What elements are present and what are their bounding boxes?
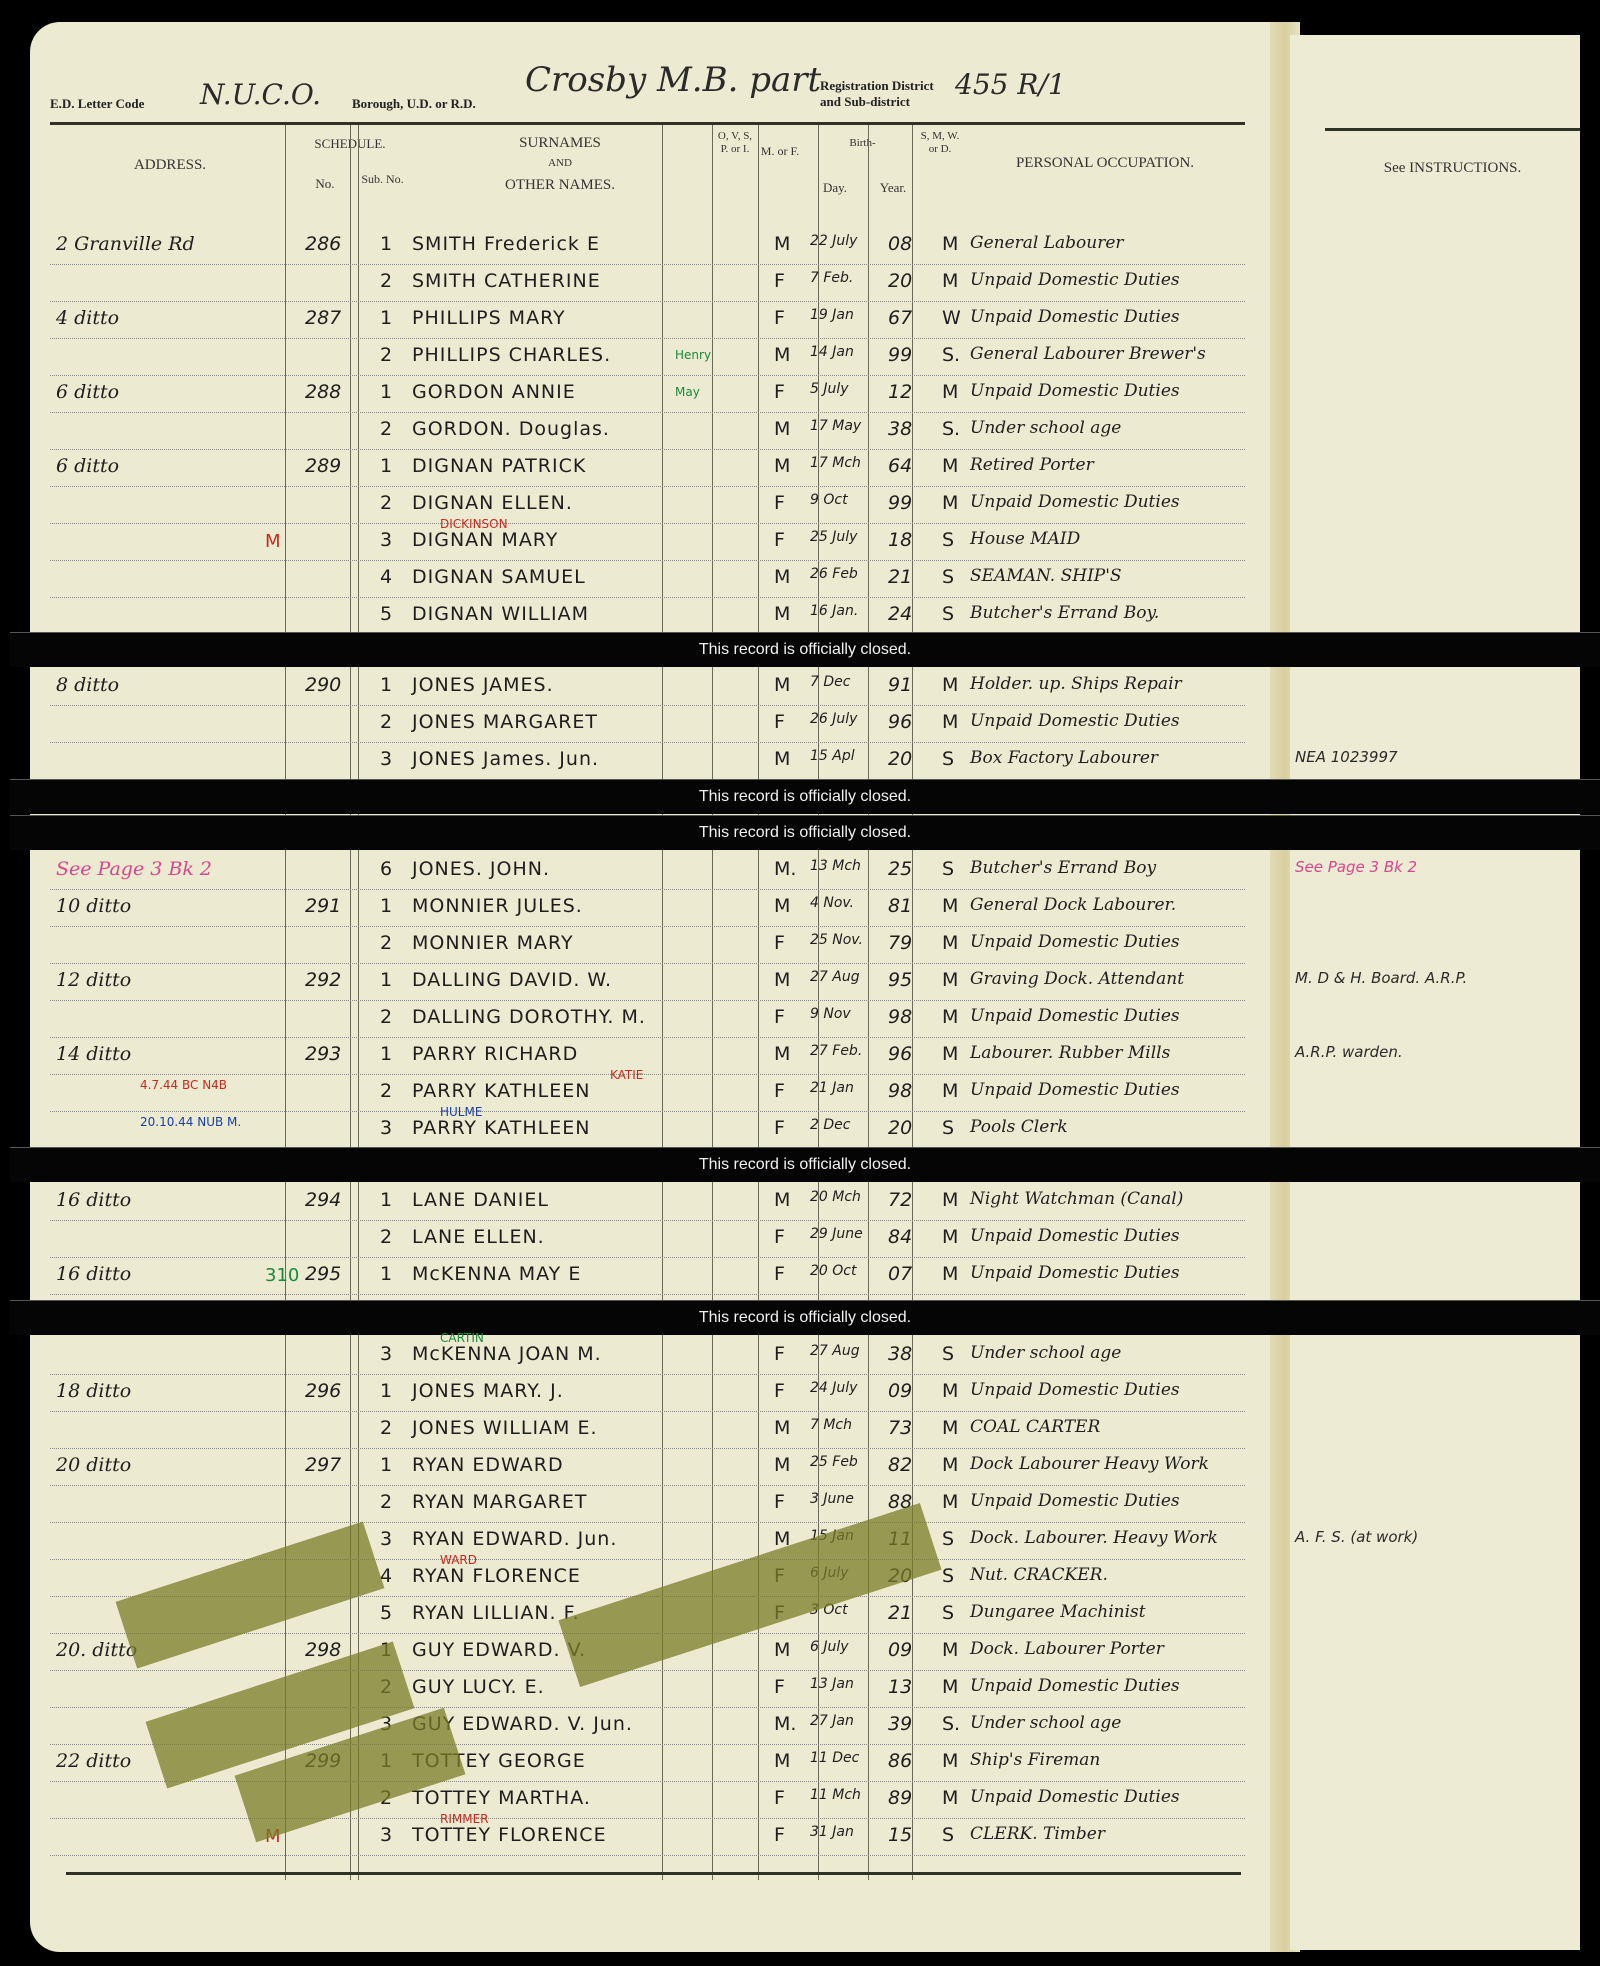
cell-no: 293	[305, 1043, 365, 1065]
cell-msw: S	[942, 748, 954, 770]
cell-occupation: General Dock Labourer.	[970, 895, 1176, 915]
cell-msw: S	[942, 603, 954, 625]
cell-name: McKENNA JOAN M.	[412, 1343, 712, 1365]
cell-name: GORDON. Douglas.	[412, 418, 712, 440]
cell-name: TOTTEY FLORENCE	[412, 1824, 712, 1846]
cell-name: JONES JAMES.	[412, 674, 712, 696]
cell-no: 290	[305, 674, 365, 696]
census-page-right	[1290, 35, 1580, 1950]
cell-msw: S.	[942, 1713, 960, 1735]
table-row: 6 ditto2891DIGNAN PATRICKM17 Mch64MRetir…	[50, 449, 1245, 487]
table-row: 4 ditto2871PHILLIPS MARYF19 Jan67WUnpaid…	[50, 301, 1245, 339]
cell-year: 79	[888, 932, 912, 954]
cell-sex: M	[774, 418, 790, 440]
cell-day: 11 Mch	[810, 1787, 861, 1803]
table-row: 3DIGNAN MARYF25 July18SHouse MAIDDICKINS…	[50, 523, 1245, 561]
cell-sub: 3	[380, 1117, 410, 1139]
cell-sex: F	[774, 492, 785, 514]
cell-occupation: House MAID	[970, 529, 1080, 549]
cell-msw: M	[942, 1080, 958, 1102]
cell-name: RYAN EDWARD. Jun.	[412, 1528, 712, 1550]
name-correction-annotation: CARTIN	[440, 1331, 484, 1345]
cell-day: 26 July	[810, 711, 857, 727]
cell-address: 12 ditto	[56, 969, 286, 991]
cell-name: DALLING DAVID. W.	[412, 969, 712, 991]
cell-sex: M	[774, 969, 790, 991]
cell-year: 38	[888, 1343, 912, 1365]
table-row: 2PARRY KATHLEENF21 Jan98MUnpaid Domestic…	[50, 1074, 1245, 1112]
col-names-1: SURNAMES	[410, 135, 710, 152]
margin-notes: 20.10.44 NUB M.	[140, 1115, 241, 1129]
cell-sub: 2	[380, 492, 410, 514]
cell-sex: F	[774, 1824, 785, 1846]
cell-year: 21	[888, 566, 912, 588]
cell-name: JONES MARY. J.	[412, 1380, 712, 1402]
table-row: 2DIGNAN ELLEN.F9 Oct99MUnpaid Domestic D…	[50, 486, 1245, 524]
cell-sex: F	[774, 529, 785, 551]
cell-name: PHILLIPS MARY	[412, 307, 712, 329]
col-instructions: See INSTRUCTIONS.	[1325, 160, 1580, 177]
cell-year: 12	[888, 381, 912, 403]
cell-year: 20	[888, 270, 912, 292]
cell-sub: 1	[380, 1380, 410, 1402]
cell-occupation: CLERK. Timber	[970, 1824, 1105, 1844]
col-sex: M. or F.	[760, 145, 800, 159]
cell-day: 3 June	[810, 1491, 854, 1507]
cell-address: 4 ditto	[56, 307, 286, 329]
margin-annotation: 310	[265, 1265, 299, 1286]
cell-address: 20 ditto	[56, 1454, 286, 1476]
cell-no: 292	[305, 969, 365, 991]
cell-year: 15	[888, 1824, 912, 1846]
cell-sex: F	[774, 381, 785, 403]
cell-day: 21 Jan	[810, 1080, 854, 1096]
table-row: 10 ditto2911MONNIER JULES.M4 Nov.81MGene…	[50, 889, 1245, 927]
cell-occupation: General Labourer Brewer's	[970, 344, 1206, 364]
cell-day: 9 Nov	[810, 1006, 851, 1022]
cell-occupation: Unpaid Domestic Duties	[970, 932, 1180, 952]
cell-day: 14 Jan	[810, 344, 854, 360]
col-birth: Birth-	[805, 137, 920, 150]
name-annotation: May	[675, 385, 700, 399]
cell-msw: M	[942, 455, 958, 477]
cell-msw: M	[942, 674, 958, 696]
cell-sex: M	[774, 748, 790, 770]
cell-year: 18	[888, 529, 912, 551]
cell-name: RYAN EDWARD	[412, 1454, 712, 1476]
cell-address: 16 ditto	[56, 1263, 286, 1285]
cell-day: 31 Jan	[810, 1824, 854, 1840]
cell-day: 2 Dec	[810, 1117, 850, 1133]
cell-day: 22 July	[810, 233, 857, 249]
table-row: 4DIGNAN SAMUELM26 Feb21SSEAMAN. SHIP'S	[50, 560, 1245, 598]
name-correction-annotation: DICKINSON	[440, 517, 508, 531]
cell-year: 98	[888, 1080, 912, 1102]
cell-day: 24 July	[810, 1380, 857, 1396]
cell-name: DIGNAN MARY	[412, 529, 712, 551]
cell-year: 25	[888, 858, 912, 880]
cell-occupation: Unpaid Domestic Duties	[970, 381, 1180, 401]
cell-no: 286	[305, 233, 365, 255]
borough-value: Crosby M.B. part	[525, 60, 821, 100]
cell-occupation: Unpaid Domestic Duties	[970, 1080, 1180, 1100]
cell-msw: M	[942, 1006, 958, 1028]
cell-msw: S	[942, 1528, 954, 1550]
cell-year: 95	[888, 969, 912, 991]
cell-sex: F	[774, 307, 785, 329]
cell-day: 13 Jan	[810, 1676, 854, 1692]
cell-sub: 3	[380, 1528, 410, 1550]
cell-name: RYAN MARGARET	[412, 1491, 712, 1513]
cell-day: 27 Jan	[810, 1713, 854, 1729]
cell-year: 96	[888, 711, 912, 733]
table-row: 12 ditto2921DALLING DAVID. W.M27 Aug95MG…	[50, 963, 1245, 1001]
header-rule	[50, 122, 1245, 125]
cell-sex: F	[774, 1491, 785, 1513]
cell-sex: F	[774, 711, 785, 733]
cell-sex: M	[774, 895, 790, 917]
cell-msw: M	[942, 1226, 958, 1248]
cell-name: SMITH Frederick E	[412, 233, 712, 255]
cell-sub: 1	[380, 233, 410, 255]
cell-sub: 1	[380, 969, 410, 991]
cell-sub: 2	[380, 1491, 410, 1513]
cell-address: 16 ditto	[56, 1189, 286, 1211]
cell-sex: M	[774, 1043, 790, 1065]
cell-name: PHILLIPS CHARLES.	[412, 344, 712, 366]
subdistrict-label: and Sub-district	[820, 94, 910, 110]
cell-sub: 2	[380, 932, 410, 954]
cell-name: PARRY KATHLEEN	[412, 1117, 712, 1139]
cell-name: McKENNA MAY E	[412, 1263, 712, 1285]
cell-day: 11 Dec	[810, 1750, 859, 1766]
cell-instructions: See Page 3 Bk 2	[1295, 858, 1417, 876]
cell-msw: M	[942, 969, 958, 991]
cell-occupation: Under school age	[970, 1713, 1121, 1733]
cell-occupation: Box Factory Labourer	[970, 748, 1158, 768]
cell-msw: M	[942, 1043, 958, 1065]
cell-sub: 1	[380, 1454, 410, 1476]
cell-msw: S	[942, 1824, 954, 1846]
cell-msw: M	[942, 233, 958, 255]
cell-msw: S.	[942, 344, 960, 366]
cell-sex: M	[774, 233, 790, 255]
cell-sub: 1	[380, 307, 410, 329]
cell-occupation: Unpaid Domestic Duties	[970, 1491, 1180, 1511]
cell-no: 288	[305, 381, 365, 403]
table-row: 2PHILLIPS CHARLES.M14 Jan99S.General Lab…	[50, 338, 1245, 376]
cell-day: 17 Mch	[810, 455, 861, 471]
cell-day: 7 Dec	[810, 674, 850, 690]
cell-name: DIGNAN ELLEN.	[412, 492, 712, 514]
cell-sex: M	[774, 1454, 790, 1476]
cell-sub: 5	[380, 1602, 410, 1624]
cell-occupation: Unpaid Domestic Duties	[970, 1006, 1180, 1026]
cell-year: 84	[888, 1226, 912, 1248]
cell-occupation: Graving Dock. Attendant	[970, 969, 1184, 989]
cell-year: 81	[888, 895, 912, 917]
cell-sex: M	[774, 603, 790, 625]
cell-msw: S.	[942, 418, 960, 440]
table-row: 2LANE ELLEN.F29 June84MUnpaid Domestic D…	[50, 1220, 1245, 1258]
cell-name: DALLING DOROTHY. M.	[412, 1006, 712, 1028]
cell-msw: S	[942, 858, 954, 880]
cell-msw: M	[942, 1417, 958, 1439]
cell-occupation: Dock. Labourer. Heavy Work	[970, 1528, 1218, 1548]
cell-year: 82	[888, 1454, 912, 1476]
cell-msw: S	[942, 1343, 954, 1365]
cell-name: SMITH CATHERINE	[412, 270, 712, 292]
cell-sub: 5	[380, 603, 410, 625]
table-row: 3PARRY KATHLEENF2 Dec20SPools ClerkHULME…	[50, 1111, 1245, 1149]
cell-sub: 1	[380, 381, 410, 403]
cell-day: 17 May	[810, 418, 861, 434]
cell-sex: M	[774, 1750, 790, 1772]
table-row: 2GORDON. Douglas.M17 May38S.Under school…	[50, 412, 1245, 450]
cell-occupation: Nut. CRACKER.	[970, 1565, 1108, 1585]
cell-sex: M	[774, 566, 790, 588]
ed-letter-code-value: N.U.C.O.	[200, 78, 321, 111]
cell-sub: 2	[380, 1006, 410, 1028]
cell-sub: 1	[380, 455, 410, 477]
ed-letter-code-label: E.D. Letter Code	[50, 96, 144, 112]
cell-name: MONNIER JULES.	[412, 895, 712, 917]
cell-msw: S	[942, 1602, 954, 1624]
cell-sex: F	[774, 1787, 785, 1809]
cell-occupation: SEAMAN. SHIP'S	[970, 566, 1122, 586]
cell-sub: 4	[380, 566, 410, 588]
closed-record-banner: This record is officially closed.	[10, 779, 1600, 814]
cell-day: 4 Nov.	[810, 895, 854, 911]
cell-address: 14 ditto	[56, 1043, 286, 1065]
cell-name: LANE DANIEL	[412, 1189, 712, 1211]
cell-occupation: Unpaid Domestic Duties	[970, 1676, 1180, 1696]
cell-address: 18 ditto	[56, 1380, 286, 1402]
name-correction-annotation: KATIE	[610, 1068, 643, 1082]
cell-occupation: Holder. up. Ships Repair	[970, 674, 1182, 694]
cell-address: 6 ditto	[56, 455, 286, 477]
table-row: 14 ditto2931PARRY RICHARDM27 Feb.96MLabo…	[50, 1037, 1245, 1075]
cell-occupation: General Labourer	[970, 233, 1124, 253]
cell-day: 20 Oct	[810, 1263, 856, 1279]
name-correction-annotation: RIMMER	[440, 1812, 489, 1826]
table-row: 18 ditto2961JONES MARY. J.F24 July09MUnp…	[50, 1374, 1245, 1412]
borough-label: Borough, U.D. or R.D.	[352, 96, 476, 112]
cell-year: 91	[888, 674, 912, 696]
cell-day: 20 Mch	[810, 1189, 861, 1205]
cell-sub: 6	[380, 858, 410, 880]
cell-name: RYAN FLORENCE	[412, 1565, 712, 1587]
cell-occupation: Under school age	[970, 418, 1121, 438]
margin-annotation: M	[265, 531, 281, 552]
cell-address: 2 Granville Rd	[56, 233, 286, 255]
cell-sub: 1	[380, 674, 410, 696]
cell-day: 27 Feb.	[810, 1043, 862, 1059]
cell-occupation: Unpaid Domestic Duties	[970, 1787, 1180, 1807]
registration-value: 455 R/1	[955, 68, 1066, 101]
cell-sex: M.	[774, 1713, 796, 1735]
table-row: See Page 3 Bk 26JONES. JOHN.M.13 Mch25SB…	[50, 852, 1245, 890]
cell-sub: 4	[380, 1565, 410, 1587]
cell-day: 25 July	[810, 529, 857, 545]
table-row: 3RYAN EDWARD. Jun.M15 Jan11SDock. Labour…	[50, 1522, 1245, 1560]
cell-sub: 1	[380, 1043, 410, 1065]
cell-year: 39	[888, 1713, 912, 1735]
cell-sex: F	[774, 270, 785, 292]
cell-day: 16 Jan.	[810, 603, 858, 619]
cell-name: JONES. JOHN.	[412, 858, 712, 880]
cell-day: 7 Mch	[810, 1417, 852, 1433]
table-row: 16 ditto2951McKENNA MAY EF20 Oct07MUnpai…	[50, 1257, 1245, 1295]
table-row: 2 Granville Rd2861SMITH Frederick EM22 J…	[50, 227, 1245, 265]
cell-name: DIGNAN WILLIAM	[412, 603, 712, 625]
cell-name: PARRY KATHLEEN	[412, 1080, 712, 1102]
cell-msw: M	[942, 932, 958, 954]
cell-day: 19 Jan	[810, 307, 854, 323]
cell-occupation: Butcher's Errand Boy	[970, 858, 1156, 878]
cell-no: 289	[305, 455, 365, 477]
cell-sub: 3	[380, 748, 410, 770]
cell-instructions: NEA 1023997	[1295, 748, 1398, 766]
cell-name: DIGNAN PATRICK	[412, 455, 712, 477]
cell-occupation: Dock Labourer Heavy Work	[970, 1454, 1209, 1474]
cell-msw: M	[942, 1750, 958, 1772]
cell-year: 72	[888, 1189, 912, 1211]
cell-name: JONES MARGARET	[412, 711, 712, 733]
cell-msw: S	[942, 1565, 954, 1587]
registration-label: Registration District	[820, 78, 934, 94]
cell-sex: F	[774, 1263, 785, 1285]
cell-occupation: Unpaid Domestic Duties	[970, 307, 1180, 327]
col-address: ADDRESS.	[50, 157, 290, 174]
cell-sub: 2	[380, 1417, 410, 1439]
cell-msw: M	[942, 711, 958, 733]
cell-day: 27 Aug	[810, 1343, 860, 1359]
col-names-3: OTHER NAMES.	[410, 177, 710, 194]
cell-msw: M	[942, 492, 958, 514]
cell-day: 25 Nov.	[810, 932, 863, 948]
col-marital: S, M, W. or D.	[920, 130, 960, 155]
cell-day: 13 Mch	[810, 858, 861, 874]
cell-msw: M	[942, 1639, 958, 1661]
cell-address: See Page 3 Bk 2	[56, 858, 286, 880]
cell-msw: M	[942, 895, 958, 917]
cell-year: 38	[888, 418, 912, 440]
cell-sub: 2	[380, 1226, 410, 1248]
cell-sub: 2	[380, 344, 410, 366]
cell-occupation: Unpaid Domestic Duties	[970, 1226, 1180, 1246]
cell-sub: 3	[380, 1824, 410, 1846]
cell-msw: M	[942, 1189, 958, 1211]
table-row: 2RYAN MARGARETF3 June88MUnpaid Domestic …	[50, 1485, 1245, 1523]
cell-no: 294	[305, 1189, 365, 1211]
cell-msw: W	[942, 307, 961, 329]
cell-day: 27 Aug	[810, 969, 860, 985]
cell-name: LANE ELLEN.	[412, 1226, 712, 1248]
cell-address: 8 ditto	[56, 674, 286, 696]
table-row: 2TOTTEY MARTHA.F11 Mch89MUnpaid Domestic…	[50, 1781, 1245, 1819]
cell-year: 64	[888, 455, 912, 477]
cell-no: 291	[305, 895, 365, 917]
cell-year: 24	[888, 603, 912, 625]
cell-day: 5 July	[810, 381, 849, 397]
cell-occupation: Under school age	[970, 1343, 1121, 1363]
cell-name: GUY EDWARD. V. Jun.	[412, 1713, 712, 1735]
cell-sex: F	[774, 1380, 785, 1402]
table-row: 2DALLING DOROTHY. M.F9 Nov98MUnpaid Dome…	[50, 1000, 1245, 1038]
cell-occupation: Night Watchman (Canal)	[970, 1189, 1183, 1209]
cell-day: 25 Feb	[810, 1454, 858, 1470]
cell-occupation: Unpaid Domestic Duties	[970, 1263, 1180, 1283]
cell-day: 7 Feb.	[810, 270, 853, 286]
col-schedule-sub: Sub. No.	[360, 173, 405, 187]
cell-instructions: A. F. S. (at work)	[1295, 1528, 1418, 1546]
cell-year: 21	[888, 1602, 912, 1624]
cell-day: 9 Oct	[810, 492, 848, 508]
table-row: 2JONES WILLIAM E.M7 Mch73MCOAL CARTER	[50, 1411, 1245, 1449]
cell-no: 297	[305, 1454, 365, 1476]
cell-occupation: Unpaid Domestic Duties	[970, 270, 1180, 290]
cell-occupation: Dock. Labourer Porter	[970, 1639, 1164, 1659]
cell-year: 09	[888, 1380, 912, 1402]
cell-year: 99	[888, 492, 912, 514]
cell-year: 67	[888, 307, 912, 329]
table-row: 3TOTTEY FLORENCEF31 Jan15SCLERK. TimberR…	[50, 1818, 1245, 1856]
cell-occupation: Unpaid Domestic Duties	[970, 711, 1180, 731]
cell-occupation: Pools Clerk	[970, 1117, 1068, 1137]
table-row: 20 ditto2971RYAN EDWARDM25 Feb82MDock La…	[50, 1448, 1245, 1486]
cell-msw: M	[942, 1380, 958, 1402]
cell-year: 13	[888, 1676, 912, 1698]
cell-name: DIGNAN SAMUEL	[412, 566, 712, 588]
cell-day: 26 Feb	[810, 566, 858, 582]
cell-occupation: Ship's Fireman	[970, 1750, 1100, 1770]
margin-notes: 4.7.44 BC N4B	[140, 1078, 227, 1092]
cell-year: 20	[888, 748, 912, 770]
cell-msw: M	[942, 1263, 958, 1285]
cell-occupation: Dungaree Machinist	[970, 1602, 1146, 1622]
cell-year: 20	[888, 1117, 912, 1139]
table-row: 6 ditto2881GORDON ANNIEF5 July12MUnpaid …	[50, 375, 1245, 413]
cell-sub: 3	[380, 1343, 410, 1365]
cell-year: 86	[888, 1750, 912, 1772]
cell-year: 99	[888, 344, 912, 366]
table-row: 8 ditto2901JONES JAMES.M7 Dec91MHolder. …	[50, 668, 1245, 706]
cell-address: 6 ditto	[56, 381, 286, 403]
cell-sex: M	[774, 455, 790, 477]
cell-name: TOTTEY MARTHA.	[412, 1787, 712, 1809]
cell-sex: F	[774, 1226, 785, 1248]
cell-sex: M	[774, 1189, 790, 1211]
col-schedule-no: No.	[295, 177, 355, 192]
header-rule-right	[1325, 128, 1580, 131]
cell-year: 09	[888, 1639, 912, 1661]
cell-sub: 1	[380, 1263, 410, 1285]
cell-occupation: Unpaid Domestic Duties	[970, 1380, 1180, 1400]
cell-occupation: COAL CARTER	[970, 1417, 1100, 1437]
cell-sex: F	[774, 1006, 785, 1028]
cell-sex: M.	[774, 858, 796, 880]
cell-day: 29 June	[810, 1226, 863, 1242]
cell-year: 96	[888, 1043, 912, 1065]
cell-sex: F	[774, 1343, 785, 1365]
closed-record-banner: This record is officially closed.	[10, 815, 1600, 850]
col-names-2: AND	[410, 157, 710, 170]
cell-day: 6 July	[810, 1639, 849, 1655]
cell-sex: M	[774, 1639, 790, 1661]
cell-instructions: A.R.P. warden.	[1295, 1043, 1403, 1061]
cell-address: 10 ditto	[56, 895, 286, 917]
